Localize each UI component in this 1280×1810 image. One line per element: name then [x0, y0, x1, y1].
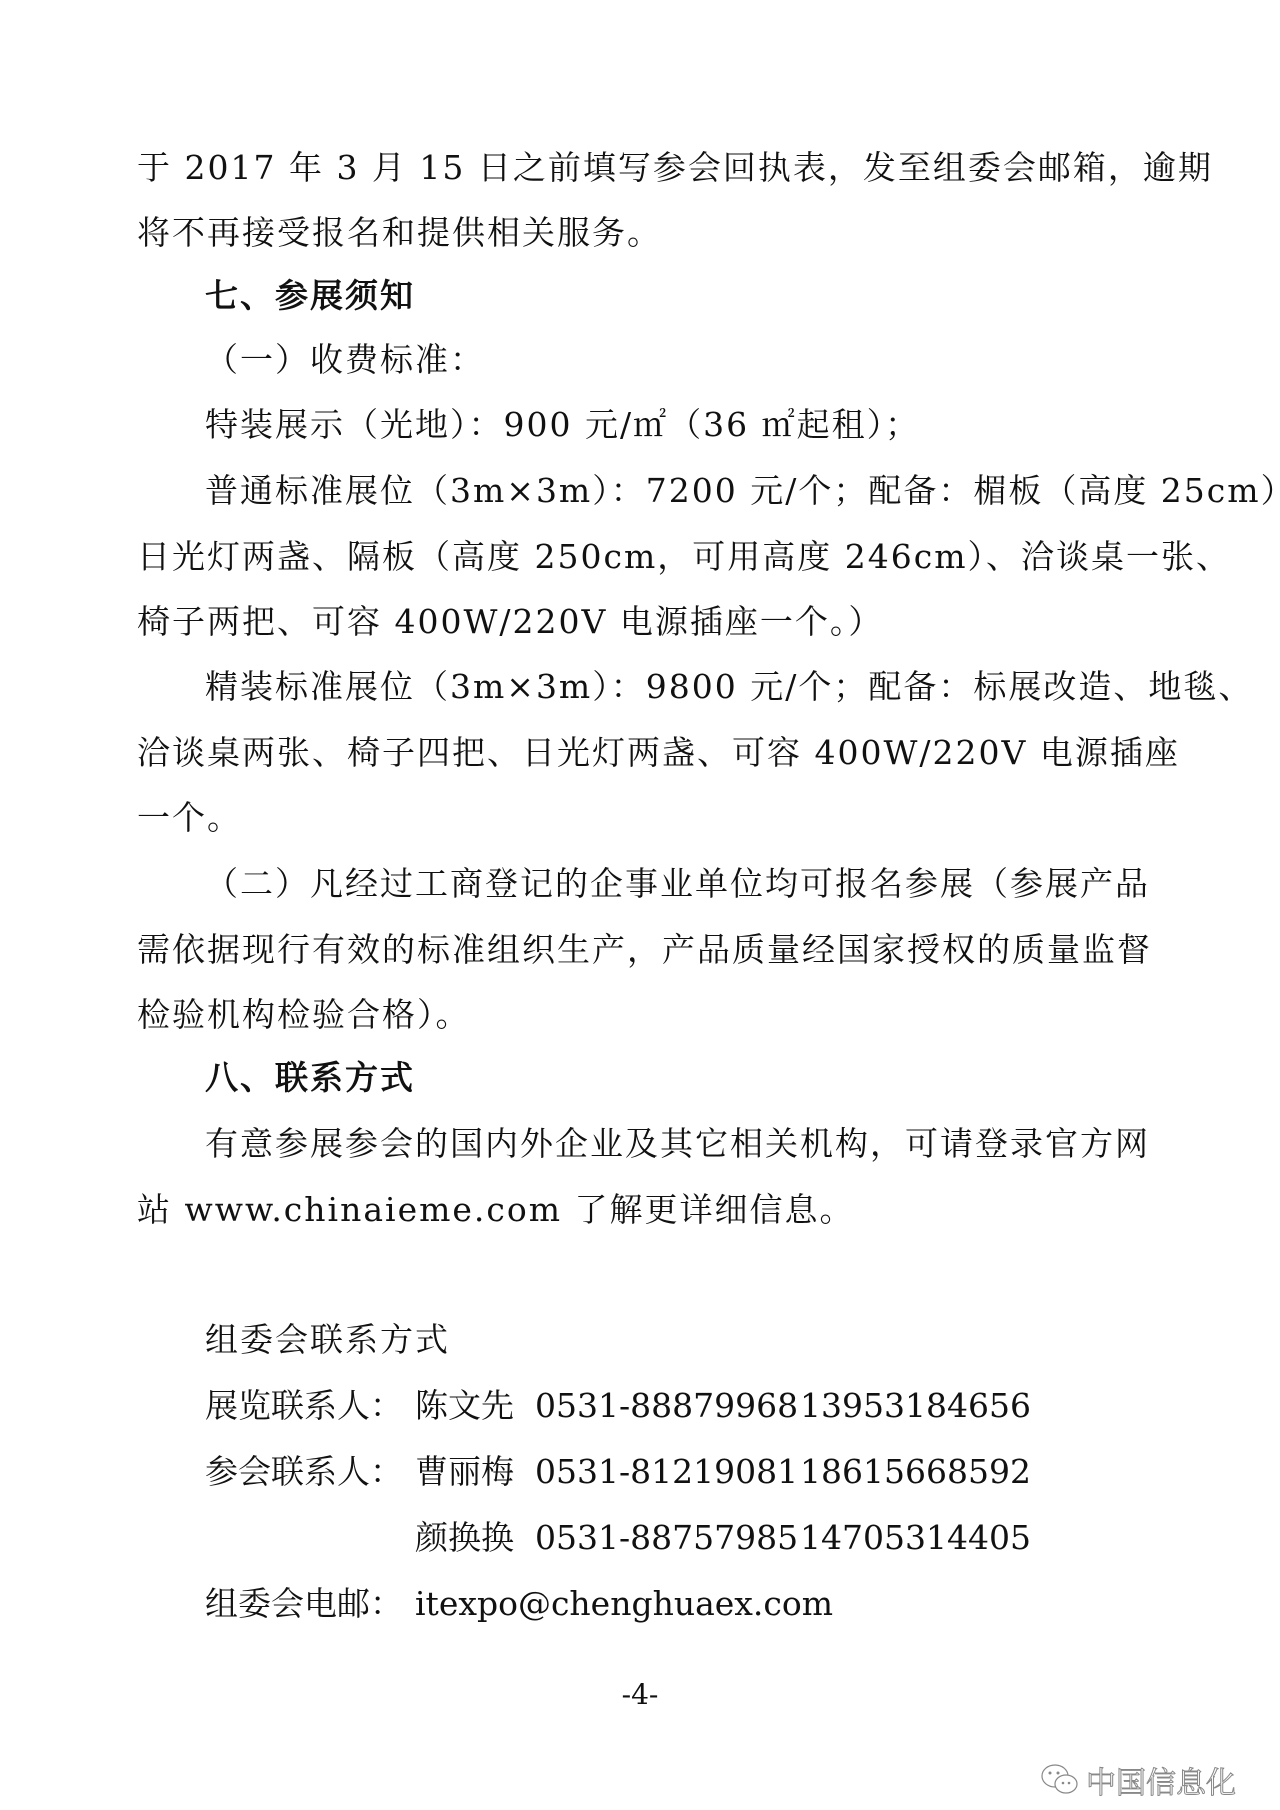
contact-mobile: 14705314405: [800, 1518, 1031, 1558]
contact-mobile: 13953184656: [800, 1386, 1031, 1426]
email-address[interactable]: itexpo@chenghuaex.com: [415, 1584, 833, 1624]
fee-deluxe-line: 一个。: [137, 798, 242, 838]
fee-deluxe-line: 洽谈桌两张、椅子四把、日光灯两盏、可容 400W/220V 电源插座: [137, 733, 1180, 773]
contact-name: 曹丽梅: [415, 1452, 514, 1492]
fee-standard-line: 日光灯两盏、隔板（高度 250cm，可用高度 246cm）、洽谈桌一张、: [137, 537, 1231, 577]
contact-tel: 0531-88879968: [535, 1386, 798, 1426]
eligibility-line: 检验机构检验合格）。: [137, 995, 471, 1035]
contact-label: 展览联系人：: [205, 1386, 403, 1426]
paragraph-line: 于 2017 年 3 月 15 日之前填写参会回执表，发至组委会邮箱，逾期: [137, 148, 1213, 188]
fee-deluxe-line: 精装标准展位（3m×3m）：9800 元/个；配备：标展改造、地毯、: [205, 667, 1253, 707]
eligibility-line: 需依据现行有效的标准组织生产，产品质量经国家授权的质量监督: [137, 930, 1152, 970]
fee-standard-line: 椅子两把、可容 400W/220V 电源插座一个。）: [137, 602, 883, 642]
contact-name: 颜换换: [415, 1518, 514, 1558]
section-heading-8: 八、联系方式: [205, 1058, 415, 1098]
contact-label: 参会联系人：: [205, 1452, 403, 1492]
subheading-fees: （一）收费标准：: [205, 340, 485, 380]
email-label: 组委会电邮：: [205, 1584, 403, 1624]
paragraph-line: 将不再接受报名和提供相关服务。: [137, 213, 662, 253]
contact-tel: 0531-88757985: [535, 1518, 798, 1558]
section-heading-7: 七、参展须知: [205, 276, 415, 316]
contact-tel: 0531-81219081: [535, 1452, 798, 1492]
eligibility-line: （二）凡经过工商登记的企事业单位均可报名参展（参展产品: [205, 864, 1150, 904]
watermark-text: 中国信息化: [1086, 1758, 1236, 1802]
contact-info-line: 站 www.chinaieme.com 了解更详细信息。: [137, 1190, 855, 1230]
page-number: -4-: [0, 1678, 1280, 1711]
fee-standard-line: 普通标准展位（3m×3m）：7200 元/个；配备：楣板（高度 25cm）、: [205, 471, 1280, 511]
wechat-icon: [1040, 1763, 1080, 1797]
contact-name: 陈文先: [415, 1386, 514, 1426]
contact-info-line: 有意参展参会的国内外企业及其它相关机构，可请登录官方网: [205, 1124, 1150, 1164]
fee-special: 特装展示（光地）：900 元/㎡（36 ㎡起租）；: [205, 405, 920, 445]
watermark: 中国信息化: [1040, 1758, 1236, 1802]
contact-mobile: 18615668592: [800, 1452, 1031, 1492]
contacts-title: 组委会联系方式: [205, 1320, 450, 1360]
